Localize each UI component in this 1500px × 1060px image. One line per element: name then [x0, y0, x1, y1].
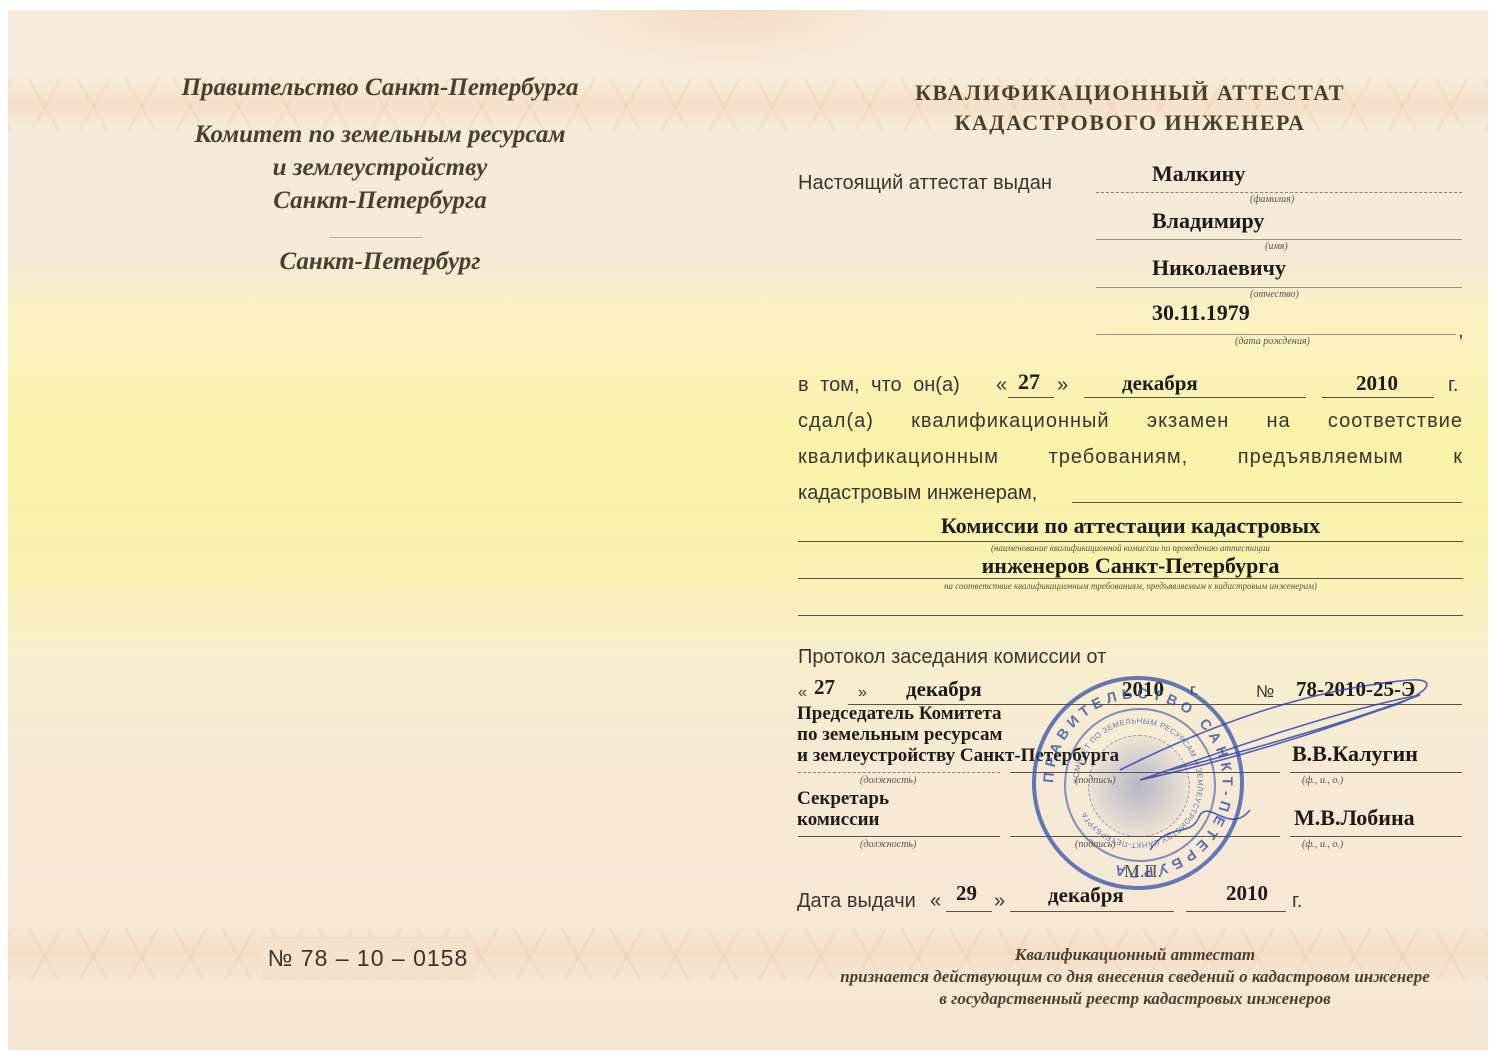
surname-hint: (фамилия) [1250, 194, 1294, 205]
exam-year-line [1322, 397, 1434, 398]
certificate-title-line-2: КАДАСТРОВОГО ИНЖЕНЕРА [880, 110, 1380, 136]
issue-day: 29 [956, 881, 977, 906]
chair-position-line-1: Председатель Комитета [797, 703, 1002, 724]
protocol-quote-open: « [798, 684, 807, 702]
protocol-month: декабря [906, 677, 982, 702]
issued-to-label: Настоящий аттестат выдан [798, 172, 1052, 195]
secretary-position-hint: (должность) [860, 839, 916, 850]
exam-quote-close: » [1057, 374, 1068, 397]
issue-quote-open: « [930, 890, 941, 913]
birth-date-line [1096, 334, 1456, 335]
exam-text-line-3: кадастровым инженерам, [798, 482, 1037, 505]
committee-line-3: Санкт-Петербурга [140, 187, 620, 215]
chair-position-rule [798, 772, 1000, 773]
issue-date-label: Дата выдачи [797, 890, 916, 913]
divider [330, 237, 422, 238]
commission-hint-1: (наименование квалификационной комиссии … [798, 543, 1463, 553]
birth-date-hint: (дата рождения) [1235, 336, 1310, 347]
signature-scribble [1080, 650, 1460, 870]
commission-rule-2 [798, 578, 1463, 579]
issue-day-rule [946, 911, 992, 912]
first-name-hint: (имя) [1265, 241, 1288, 252]
secretary-position-rule [798, 836, 1000, 837]
commission-line-2: инженеров Санкт-Петербурга [798, 553, 1463, 579]
exam-intro: в том, что он(а) [798, 374, 960, 397]
surname-line [1096, 192, 1462, 193]
exam-day-line [1008, 397, 1054, 398]
footer-note-line-2: признается действующим со дня внесения с… [790, 966, 1480, 988]
exam-year: 2010 [1356, 371, 1398, 396]
serial-number: № 78 – 10 – 0158 [262, 937, 474, 979]
exam-month: декабря [1122, 371, 1198, 396]
first-name-line [1096, 239, 1462, 240]
footer-note-line-3: в государственный реестр кадастровых инж… [790, 988, 1480, 1010]
birth-date-comma: , [1458, 320, 1464, 343]
government-heading: Правительство Санкт-Петербурга [140, 74, 620, 102]
commission-hint-2: на соответствие квалификационным требова… [798, 581, 1463, 591]
exam-text-line-2: квалификационным требованиям, предъявляе… [798, 446, 1463, 469]
secretary-position-line-1: Секретарь [797, 788, 889, 809]
secretary-position-line-2: комиссии [797, 809, 880, 830]
protocol-day: 27 [814, 675, 835, 700]
rosette-ornament [548, 10, 908, 70]
first-name-value: Владимиру [1152, 208, 1264, 234]
exam-quote-open: « [996, 374, 1007, 397]
issue-year-suffix: г. [1292, 890, 1302, 913]
issue-month-rule [1010, 911, 1174, 912]
chair-position-line-2: по земельным ресурсам [797, 724, 1002, 745]
serial-number-text: № 78 – 10 – 0158 [268, 945, 469, 972]
commission-rule-1 [798, 541, 1463, 542]
exam-year-suffix: г. [1448, 374, 1458, 397]
exam-day: 27 [1018, 369, 1040, 395]
surname-value: Малкину [1152, 161, 1245, 187]
protocol-label: Протокол заседания комиссии от [798, 646, 1106, 669]
footer-note-line-1: Квалификационный аттестат [790, 944, 1480, 966]
commission-rule-3 [798, 615, 1463, 616]
commission-line-1: Комиссии по аттестации кадастровых [798, 513, 1463, 539]
certificate-title-line-1: КВАЛИФИКАЦИОННЫЙ АТТЕСТАТ [880, 80, 1380, 106]
issue-quote-close: » [994, 890, 1005, 913]
patronymic-line [1096, 287, 1462, 288]
city-name: Санкт-Петербург [140, 248, 620, 276]
exam-text-line-3-rule [1072, 502, 1462, 503]
chair-position-hint: (должность) [860, 775, 916, 786]
exam-text-line-1: сдал(а) квалификационный экзамен на соот… [798, 410, 1463, 433]
exam-month-line [1084, 397, 1306, 398]
committee-line-1: Комитет по земельным ресурсам [140, 121, 620, 149]
birth-date-value: 30.11.1979 [1152, 300, 1250, 326]
patronymic-value: Николаевичу [1152, 255, 1286, 281]
issue-year-rule [1186, 911, 1286, 912]
protocol-quote-close: » [858, 684, 867, 702]
patronymic-hint: (отчество) [1250, 289, 1299, 300]
committee-line-2: и землеустройству [140, 154, 620, 182]
